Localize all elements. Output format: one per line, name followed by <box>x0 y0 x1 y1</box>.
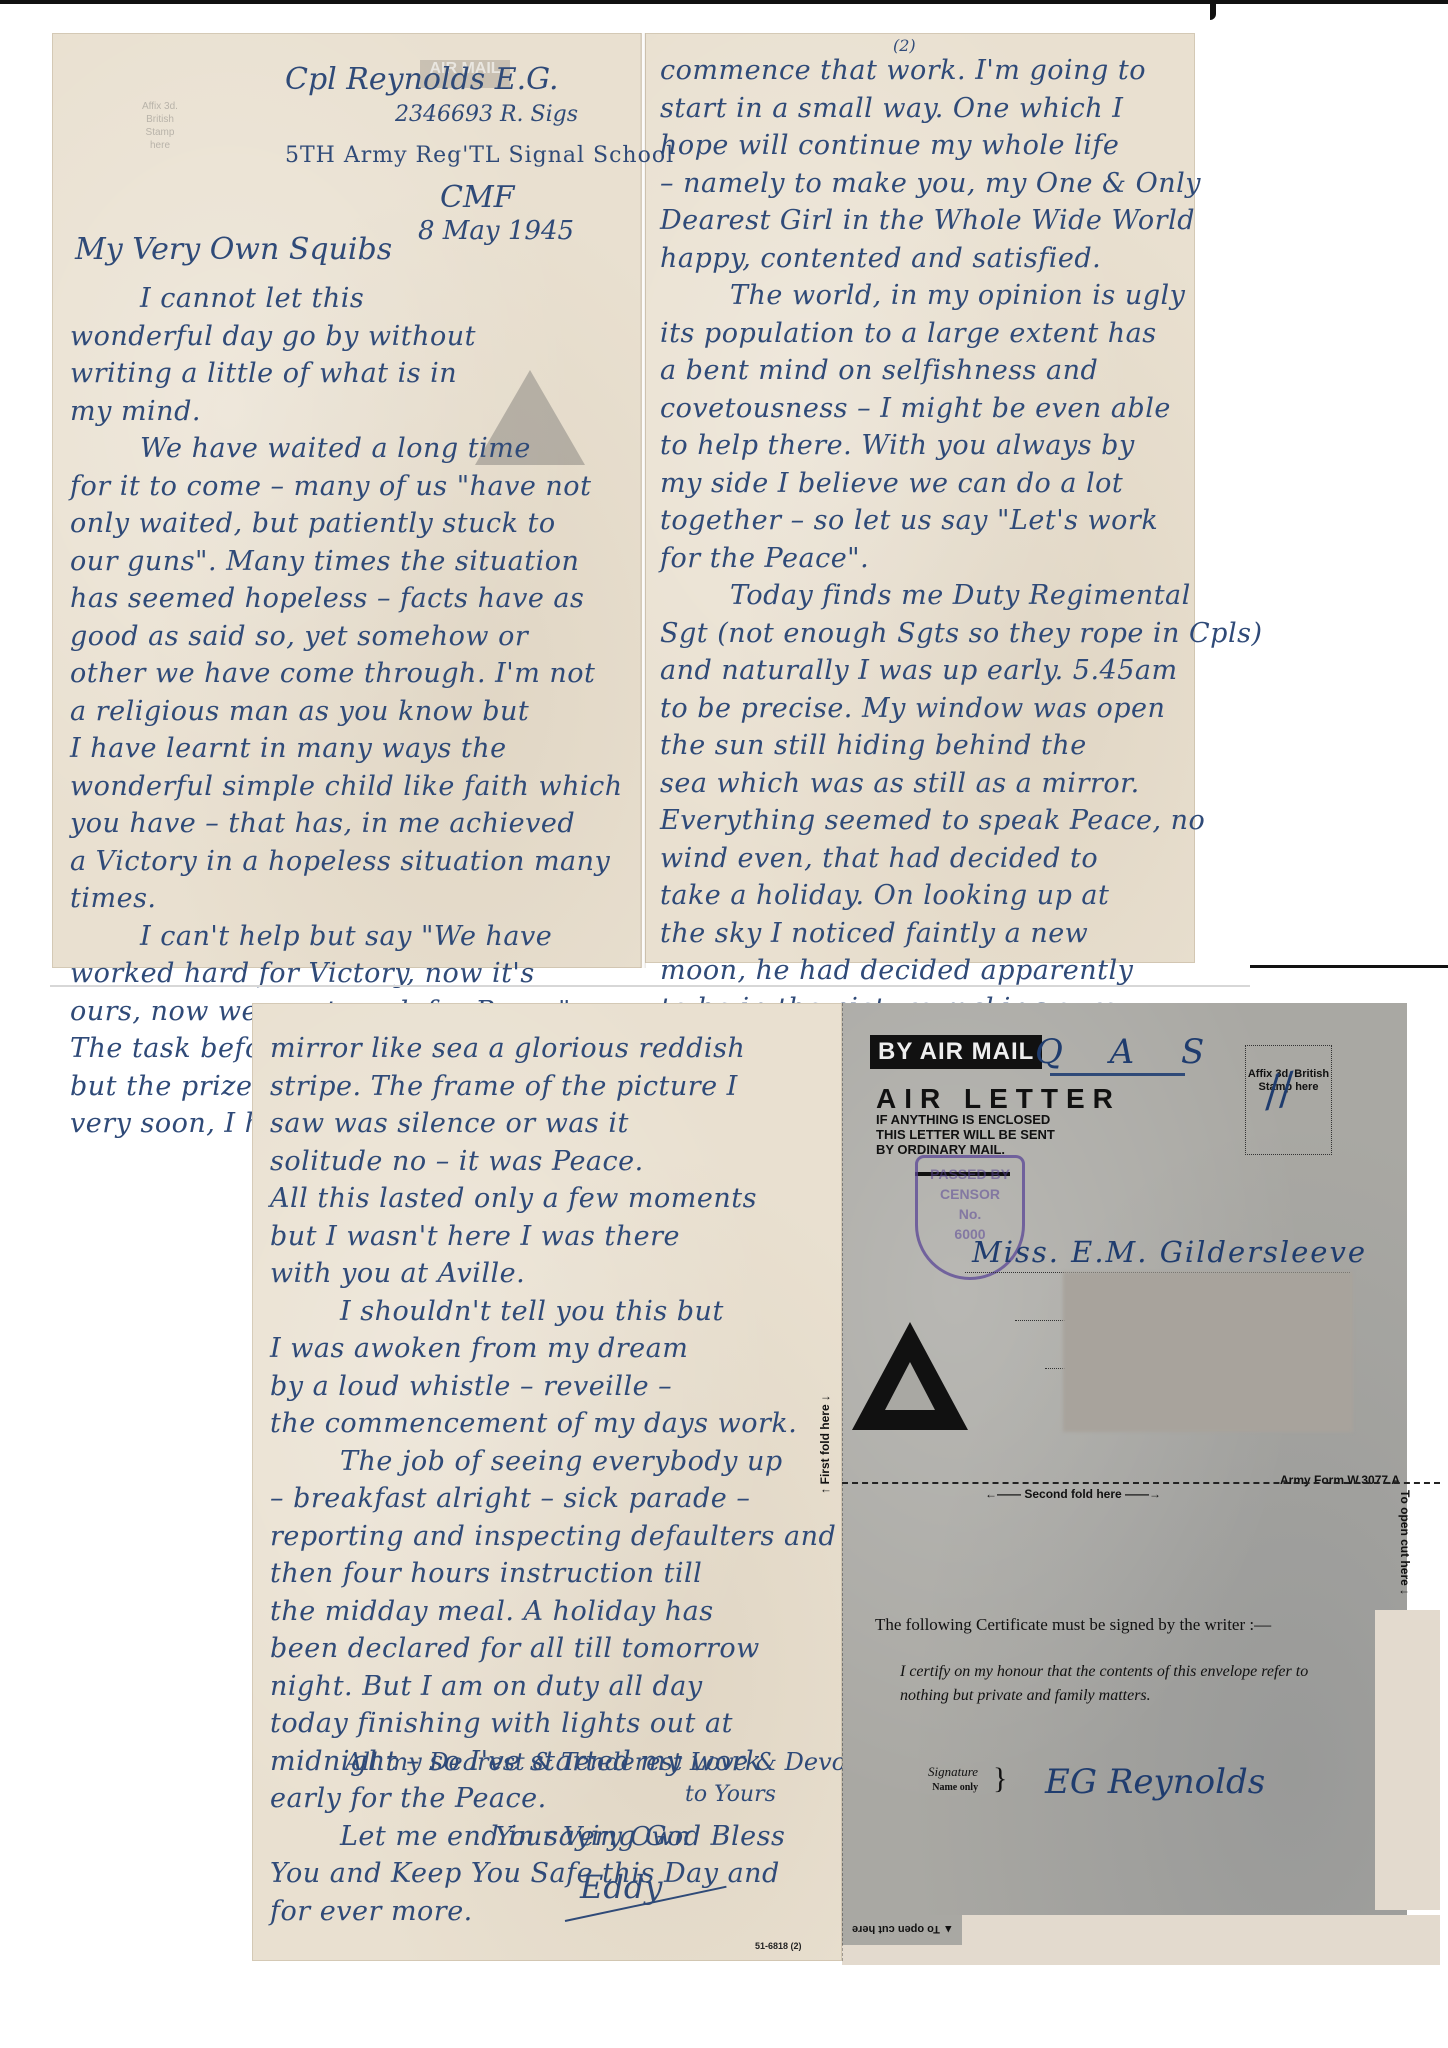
second-fold-label: ←—— Second fold here ——→ <box>985 1487 1161 1501</box>
handwritten-line: stripe. The frame of the picture I <box>270 1068 836 1106</box>
handwritten-line: the midday meal. A holiday has <box>270 1593 836 1631</box>
handwritten-line: I have learnt in many ways the <box>70 730 623 768</box>
address-line-3 <box>1045 1368 1065 1369</box>
handwritten-line: wonderful simple child like faith which <box>70 768 623 806</box>
handwritten-line: I shouldn't tell you this but <box>270 1293 836 1331</box>
signature-label: Signature Name only <box>928 1765 978 1795</box>
handwritten-line: times. <box>70 880 623 918</box>
handwritten-line: and naturally I was up early. 5.45am <box>660 652 1263 690</box>
handwritten-line: night. But I am on duty all day <box>270 1668 836 1706</box>
signature-label-text: Signature <box>928 1765 978 1779</box>
handwritten-line: the sun still hiding behind the <box>660 727 1263 765</box>
censor-line-1: PASSED BY <box>918 1164 1022 1184</box>
handwritten-line: for the Peace". <box>660 540 1263 578</box>
handwritten-line: the commencement of my days work. <box>270 1405 836 1443</box>
salutation: My Very Own Squibs <box>75 232 392 267</box>
routing-code: Q A S <box>1035 1032 1222 1072</box>
handwritten-line: my side I believe we can do a lot <box>660 465 1263 503</box>
scan-divider <box>1250 965 1448 968</box>
handwritten-line: its population to a large extent has <box>660 315 1263 353</box>
handwritten-line: Everything seemed to speak Peace, no <box>660 802 1263 840</box>
handwritten-line: moon, he had decided apparently <box>660 952 1263 990</box>
handwritten-line: You and Keep You Safe this Day and <box>270 1855 836 1893</box>
handwritten-line: take a holiday. On looking up at <box>660 877 1263 915</box>
second-fold-line <box>842 1482 1440 1484</box>
handwritten-line: with you at Aville. <box>270 1255 836 1293</box>
handwritten-line: solitude no – it was Peace. <box>270 1143 836 1181</box>
handwritten-line: sea which was as still as a mirror. <box>660 765 1263 803</box>
handwritten-line: has seemed hopeless – facts have as <box>70 580 623 618</box>
handwritten-line: to be precise. My window was open <box>660 690 1263 728</box>
open-cut-bottom-text: To open cut here <box>852 1923 940 1935</box>
handwritten-line: to help there. With you always by <box>660 427 1263 465</box>
handwritten-line: other we have come through. I'm not <box>70 655 623 693</box>
handwritten-line: been declared for all till tomorrow <box>270 1630 836 1668</box>
routing-underline <box>1050 1073 1185 1076</box>
triangle-icon-inner <box>885 1362 935 1410</box>
handwritten-line: I can't help but say "We have <box>70 918 623 956</box>
handwritten-line: you have – that has, in me achieved <box>70 805 623 843</box>
handwritten-line: but I wasn't here I was there <box>270 1218 836 1256</box>
handwritten-line: reporting and inspecting defaulters and <box>270 1518 836 1556</box>
handwritten-line: by a loud whistle – reveille – <box>270 1368 836 1406</box>
handwritten-line: a bent mind on selfishness and <box>660 352 1263 390</box>
handwritten-line: wind even, that had decided to <box>660 840 1263 878</box>
first-fold-text: First fold here <box>818 1404 832 1484</box>
handwritten-line: I was awoken from my dream <box>270 1330 836 1368</box>
enclosure-warning: IF ANYTHING IS ENCLOSED THIS LETTER WILL… <box>876 1112 1066 1157</box>
side-flap <box>1375 1610 1440 1910</box>
handwritten-line: mirror like sea a glorious reddish <box>270 1030 836 1068</box>
certificate-heading: The following Certificate must be signed… <box>875 1615 1271 1635</box>
sender-service-number: 2346693 R. Sigs <box>395 102 578 127</box>
air-letter-title: AIR LETTER <box>876 1083 1121 1115</box>
open-cut-bottom-label: ▲ To open cut here <box>852 1923 954 1935</box>
handwritten-line: commence that work. I'm going to <box>660 52 1263 90</box>
handwritten-line: The world, in my opinion is ugly <box>660 277 1263 315</box>
handwritten-line: covetousness – I might be even able <box>660 390 1263 428</box>
handwritten-line: Sgt (not enough Sgts so they rope in Cpl… <box>660 615 1263 653</box>
addressee-name: Miss. E.M. Gildersleeve <box>972 1235 1367 1269</box>
second-fold-text: Second fold here <box>1024 1487 1121 1501</box>
writer-signature: EG Reynolds <box>1045 1762 1265 1802</box>
open-cut-side-text: To open cut here <box>1398 1490 1412 1586</box>
handwritten-line: today finishing with lights out at <box>270 1705 836 1743</box>
handwritten-line: saw was silence or was it <box>270 1105 836 1143</box>
handwritten-line: our guns". Many times the situation <box>70 543 623 581</box>
handwritten-line: We have waited a long time <box>70 430 623 468</box>
form-code: 51-6818 (2) <box>755 1941 802 1951</box>
letter-date: 8 May 1945 <box>418 216 574 246</box>
handwritten-line: hope will continue my whole life <box>660 127 1263 165</box>
by-air-mail-label: BY AIR MAIL <box>870 1035 1042 1069</box>
sender-name: Cpl Reynolds E.G. <box>285 62 559 97</box>
handwritten-line: a Victory in a hopeless situation many <box>70 843 623 881</box>
sender-location: CMF <box>440 180 515 215</box>
handwritten-line: wonderful day go by without <box>70 318 623 356</box>
address-line-2 <box>1015 1320 1065 1321</box>
closing-to-yours: to Yours <box>685 1782 776 1807</box>
signature-brace: } <box>993 1762 1007 1796</box>
valediction: Your Very Own <box>495 1822 690 1852</box>
handwritten-line: together – so let us say "Let's work <box>660 502 1263 540</box>
handwritten-line: writing a little of what is in <box>70 355 623 393</box>
scan-divider-light <box>50 985 1250 987</box>
handwritten-line: good as said so, yet somehow or <box>70 618 623 656</box>
sender-unit: 5TH Army Reg'TL Signal School <box>285 143 674 168</box>
signoff-eddy: Eddy <box>580 1868 662 1906</box>
handwritten-line: Today finds me Duty Regimental <box>660 577 1263 615</box>
handwritten-line: start in a small way. One which I <box>660 90 1263 128</box>
handwritten-line: a religious man as you know but <box>70 693 623 731</box>
handwritten-line: the sky I noticed faintly a new <box>660 915 1263 953</box>
center-fold <box>640 33 646 968</box>
handwritten-line: – breakfast alright – sick parade – <box>270 1480 836 1518</box>
handwritten-line: Dearest Girl in the Whole Wide World <box>660 202 1263 240</box>
redacted-address <box>1063 1272 1353 1432</box>
army-form-number: Army Form W.3077.A <box>1280 1473 1400 1487</box>
handwritten-line: only waited, but patiently stuck to <box>70 505 623 543</box>
first-fold-label: ↑ First fold here ↓ <box>818 1395 832 1494</box>
handwritten-line: The job of seeing everybody up <box>270 1443 836 1481</box>
handwritten-line: then four hours instruction till <box>270 1555 836 1593</box>
closing-line: All my Dearest & Tenderest Love & Devoti… <box>345 1748 893 1776</box>
open-cut-side-label: To open cut here ↓ <box>1398 1490 1412 1595</box>
scan-edge-marker <box>1210 0 1216 20</box>
handwritten-line: All this lasted only a few moments <box>270 1180 836 1218</box>
handwritten-line: for ever more. <box>270 1893 836 1931</box>
handwritten-line: for it to come – many of us "have not <box>70 468 623 506</box>
bleed-through-stamp-box: Affix 3d. British Stamp here <box>140 100 180 152</box>
handwritten-line: I cannot let this <box>70 280 623 318</box>
certificate-body: I certify on my honour that the contents… <box>900 1660 1330 1708</box>
censor-line-3: No. <box>918 1204 1022 1224</box>
handwritten-line: happy, contented and satisfied. <box>660 240 1263 278</box>
handwritten-line: – namely to make you, my One & Only <box>660 165 1263 203</box>
top-border <box>0 0 1448 4</box>
handwritten-line: my mind. <box>70 393 623 431</box>
signature-sublabel: Name only <box>932 1782 978 1793</box>
censor-line-2: CENSOR <box>918 1184 1022 1204</box>
